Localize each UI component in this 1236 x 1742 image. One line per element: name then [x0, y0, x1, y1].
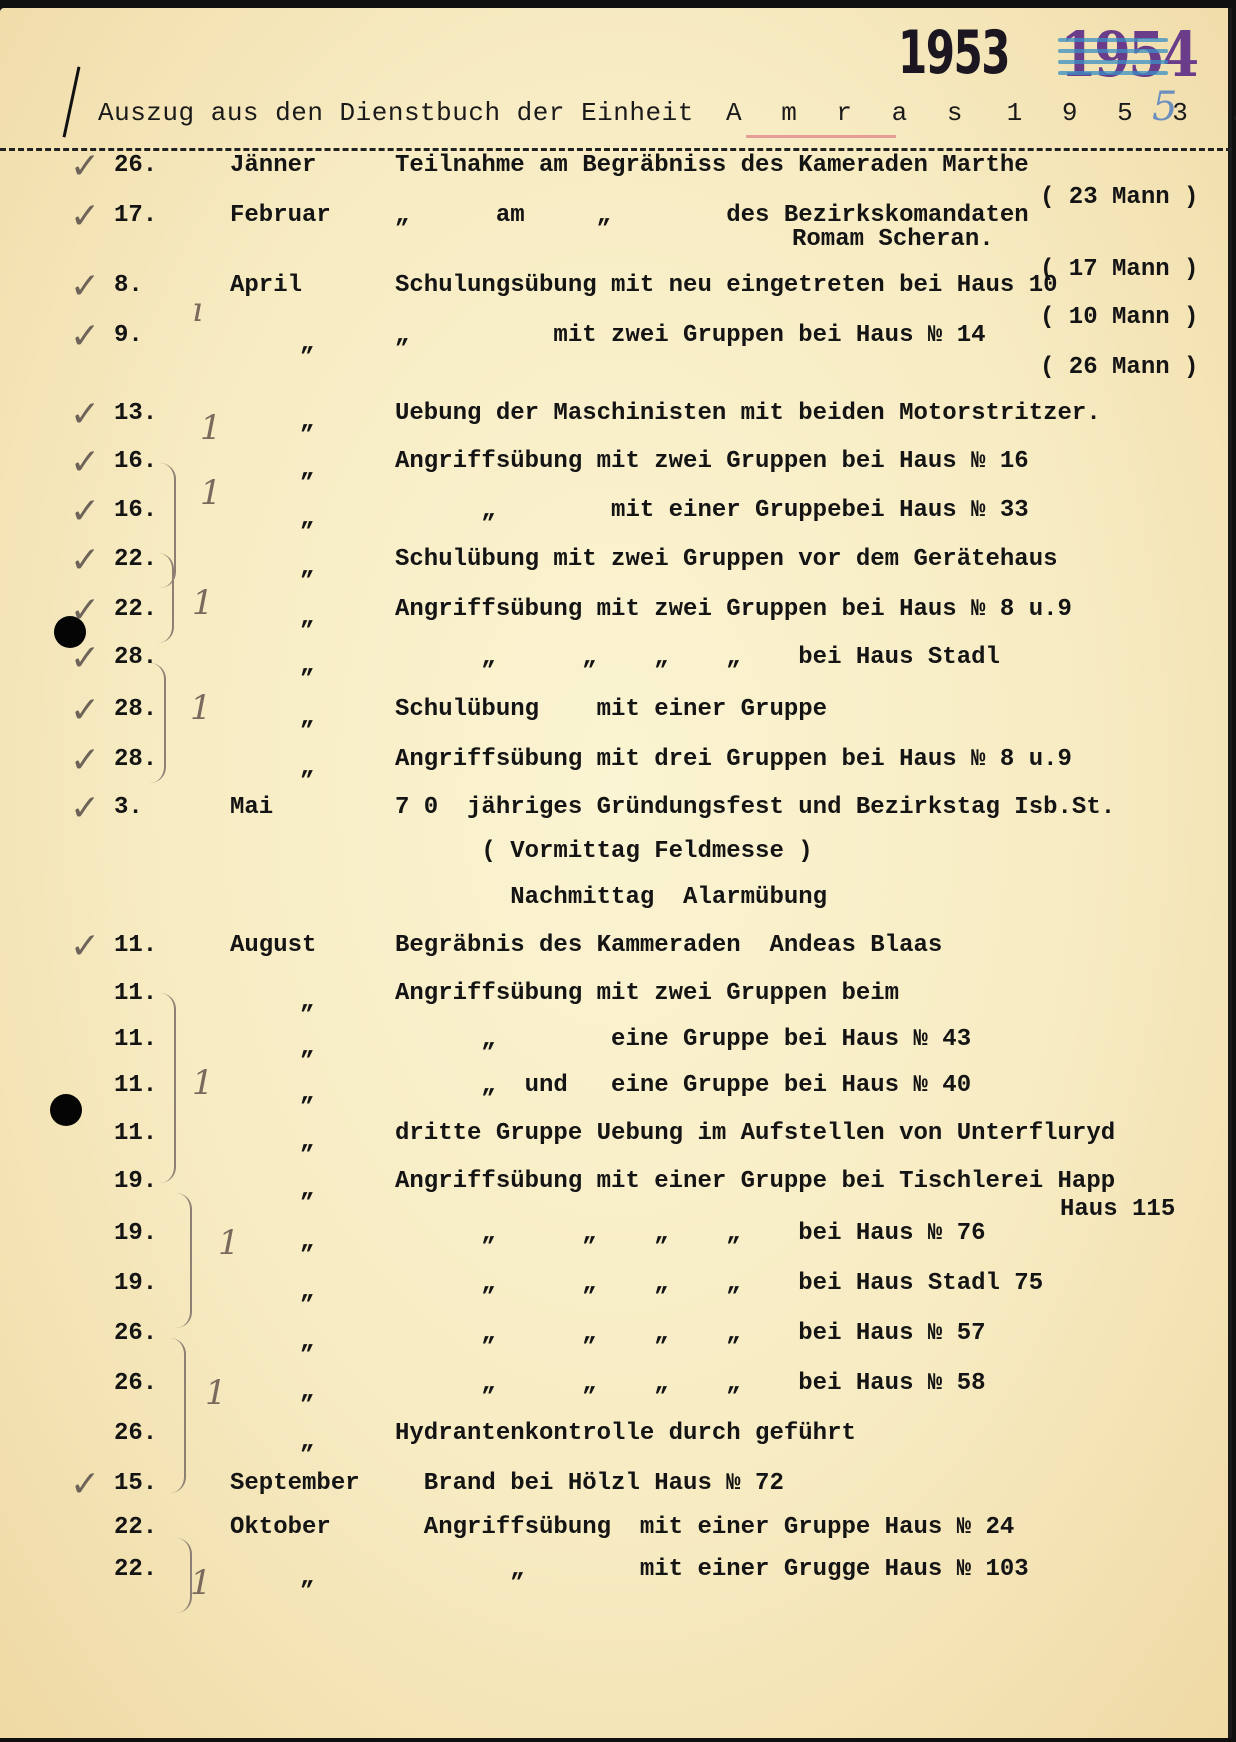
entry-description: „ „ „ „ bei Haus № 58: [395, 1370, 986, 1397]
log-entry: ✓8.AprilSchulungsübung mit neu eingetret…: [0, 272, 1232, 312]
entry-description: „ eine Gruppe bei Haus № 43: [395, 1026, 971, 1053]
log-entry: ✓28.„Angriffsübung mit drei Gruppen bei …: [0, 746, 1232, 786]
red-pencil-underline: [746, 135, 896, 138]
log-entry: ✓11.AugustBegräbnis des Kammeraden Andea…: [0, 932, 1232, 972]
entry-month: „: [300, 1228, 314, 1255]
entry-note: Haus 115: [1060, 1196, 1175, 1223]
entry-month: „: [300, 505, 314, 532]
log-entry: 19.„Angriffsübung mit einer Gruppe bei T…: [0, 1168, 1232, 1208]
entry-description: „ „ „ „ bei Haus № 57: [395, 1320, 986, 1347]
entry-month: Oktober: [230, 1514, 331, 1541]
log-entry: ✓16.„ „ mit einer Gruppebei Haus № 33: [0, 497, 1232, 537]
entry-month: „: [300, 1428, 314, 1455]
year-stamp: 1953: [898, 18, 1009, 88]
check-mark-icon: ✓: [70, 788, 100, 829]
entry-description: „ „ „ „ bei Haus Stadl: [395, 644, 1000, 671]
entry-day: 15.: [114, 1470, 157, 1497]
entry-description: dritte Gruppe Uebung im Aufstellen von U…: [395, 1120, 1115, 1147]
entry-day: 16.: [114, 497, 157, 524]
entry-description: „ „ „ „ bei Haus Stadl 75: [395, 1270, 1043, 1297]
entry-description: Uebung der Maschinisten mit beiden Motor…: [395, 400, 1101, 427]
entry-month: September: [230, 1470, 360, 1497]
entry-month: „: [300, 1278, 314, 1305]
entry-day: 26.: [114, 1320, 157, 1347]
log-entry: 26.„ „ „ „ „ bei Haus № 58: [0, 1370, 1232, 1410]
entry-day: 28.: [114, 746, 157, 773]
entry-month: „: [300, 456, 314, 483]
entry-month: „: [300, 1128, 314, 1155]
entry-month: „: [300, 1176, 314, 1203]
entry-day: 26.: [114, 1370, 157, 1397]
entry-month: Jänner: [230, 152, 316, 179]
check-mark-icon: ✓: [70, 316, 100, 357]
entry-day: 19.: [114, 1220, 157, 1247]
entry-month: „: [300, 604, 314, 631]
check-mark-icon: ✓: [70, 690, 100, 731]
entry-description: „ am „ des Bezirkskomandaten: [395, 202, 1029, 229]
log-entry: 22.„ „ mit einer Grugge Haus № 103: [0, 1556, 1232, 1596]
slash-mark: [63, 66, 81, 137]
entry-description: Begräbnis des Kammeraden Andeas Blaas: [395, 932, 942, 959]
log-entry: 19.„ „ „ „ „ bei Haus № 76: [0, 1220, 1232, 1260]
strike-through-mark: [1058, 38, 1168, 86]
entry-month: „: [300, 1034, 314, 1061]
entry-day: 22.: [114, 546, 157, 573]
check-mark-icon: ✓: [70, 196, 100, 237]
log-entry: ✓16.„Angriffsübung mit zwei Gruppen bei …: [0, 448, 1232, 488]
entry-month: „: [300, 554, 314, 581]
entry-day: 11.: [114, 1072, 157, 1099]
entry-month: August: [230, 932, 316, 959]
log-entry: ( Vormittag Feldmesse ): [0, 838, 1232, 878]
log-entry: 26.„ „ „ „ „ bei Haus № 57: [0, 1320, 1232, 1360]
entry-day: 16.: [114, 448, 157, 475]
check-mark-icon: ✓: [70, 146, 100, 187]
entry-description: Angriffsübung mit einer Gruppe bei Tisch…: [395, 1168, 1115, 1195]
entry-description: „ mit einer Grugge Haus № 103: [395, 1556, 1029, 1583]
entry-day: 8.: [114, 272, 143, 299]
log-entry: ✓22.„Schulübung mit zwei Gruppen vor dem…: [0, 546, 1232, 586]
entry-description: Schulungsübung mit neu eingetreten bei H…: [395, 272, 1058, 299]
log-entry: Nachmittag Alarmübung: [0, 884, 1232, 924]
entry-description: ( Vormittag Feldmesse ): [395, 838, 813, 865]
log-entry: ✓22.„Angriffsübung mit zwei Gruppen bei …: [0, 596, 1232, 636]
entry-day: 9.: [114, 322, 143, 349]
entry-day: 28.: [114, 644, 157, 671]
header-rule: [0, 148, 1232, 151]
entry-day: 28.: [114, 696, 157, 723]
entry-day: 11.: [114, 932, 157, 959]
entry-description: „ „ „ „ bei Haus № 76: [395, 1220, 986, 1247]
check-mark-icon: ✓: [70, 394, 100, 435]
title-year: 1 9 5 3 .: [1007, 98, 1236, 128]
entry-month: „: [300, 1378, 314, 1405]
entry-day: 22.: [114, 596, 157, 623]
entry-day: 26.: [114, 152, 157, 179]
log-entry: 11.„ „ und eine Gruppe bei Haus № 40: [0, 1072, 1232, 1112]
log-entry: ✓28.„Schulübung mit einer Gruppe: [0, 696, 1232, 736]
document-page: 1953 1954 5 Auszug aus den Dienstbuch de…: [0, 8, 1232, 1738]
log-entry: ✓17.Februar„ am „ des BezirkskomandatenR…: [0, 202, 1232, 242]
entry-day: 22.: [114, 1556, 157, 1583]
entry-description: Angriffsübung mit zwei Gruppen beim: [395, 980, 899, 1007]
entry-day: 19.: [114, 1168, 157, 1195]
check-mark-icon: ✓: [70, 1464, 100, 1505]
log-entry: ✓13.„Uebung der Maschinisten mit beiden …: [0, 400, 1232, 440]
check-mark-icon: ✓: [70, 638, 100, 679]
entry-month: „: [300, 1564, 314, 1591]
entry-month: April: [230, 272, 302, 299]
entry-description: Angriffsübung mit einer Gruppe Haus № 24: [395, 1514, 1014, 1541]
entry-month: „: [300, 330, 314, 357]
check-mark-icon: ✓: [70, 266, 100, 307]
entry-month: „: [300, 408, 314, 435]
log-entry: 22.Oktober Angriffsübung mit einer Grupp…: [0, 1514, 1232, 1554]
entry-day: 3.: [114, 794, 143, 821]
log-entry: 11.„dritte Gruppe Uebung im Aufstellen v…: [0, 1120, 1232, 1160]
entry-description: 7 0 jähriges Gründungsfest und Bezirksta…: [395, 794, 1115, 821]
document-title: Auszug aus den Dienstbuch der Einheit A …: [98, 98, 1236, 128]
title-place: A m r a s: [726, 98, 974, 128]
entry-description: Angriffsübung mit zwei Gruppen bei Haus …: [395, 448, 1029, 475]
entry-description: Angriffsübung mit drei Gruppen bei Haus …: [395, 746, 1072, 773]
check-mark-icon: ✓: [70, 442, 100, 483]
entry-month: „: [300, 754, 314, 781]
log-entry: ✓9.„„ mit zwei Gruppen bei Haus № 14( 26…: [0, 322, 1232, 362]
entry-description: Schulübung mit einer Gruppe: [395, 696, 827, 723]
entry-day: 11.: [114, 980, 157, 1007]
entry-description-continued: Romam Scheran.: [792, 226, 994, 253]
entry-day: 22.: [114, 1514, 157, 1541]
entry-month: „: [300, 1328, 314, 1355]
entry-description: Schulübung mit zwei Gruppen vor dem Gerä…: [395, 546, 1058, 573]
log-entry: 11.„ „ eine Gruppe bei Haus № 43: [0, 1026, 1232, 1066]
check-mark-icon: ✓: [70, 590, 100, 631]
entry-note: ( 26 Mann ): [1040, 354, 1198, 381]
entry-day: 11.: [114, 1120, 157, 1147]
log-entry: ✓15.September Brand bei Hölzl Haus № 72: [0, 1470, 1232, 1510]
entry-description: „ mit zwei Gruppen bei Haus № 14: [395, 322, 986, 349]
entry-description: Brand bei Hölzl Haus № 72: [395, 1470, 784, 1497]
entry-month: „: [300, 1080, 314, 1107]
entry-day: 19.: [114, 1270, 157, 1297]
check-mark-icon: ✓: [70, 540, 100, 581]
entry-description: Teilnahme am Begräbniss des Kameraden Ma…: [395, 152, 1029, 179]
entry-description: Angriffsübung mit zwei Gruppen bei Haus …: [395, 596, 1072, 623]
entry-description: Nachmittag Alarmübung: [395, 884, 827, 911]
log-entry: ✓26.JännerTeilnahme am Begräbniss des Ka…: [0, 152, 1232, 192]
entry-month: „: [300, 704, 314, 731]
entry-description: „ mit einer Gruppebei Haus № 33: [395, 497, 1029, 524]
entry-description: Hydrantenkontrolle durch geführt: [395, 1420, 856, 1447]
entry-month: Mai: [230, 794, 273, 821]
title-prefix: Auszug aus den Dienstbuch der Einheit: [98, 98, 694, 128]
check-mark-icon: ✓: [70, 491, 100, 532]
check-mark-icon: ✓: [70, 740, 100, 781]
log-entry: ✓3.Mai7 0 jähriges Gründungsfest und Bez…: [0, 794, 1232, 834]
entry-day: 13.: [114, 400, 157, 427]
log-entry: 11.„Angriffsübung mit zwei Gruppen beim: [0, 980, 1232, 1020]
entry-month: „: [300, 988, 314, 1015]
entry-day: 17.: [114, 202, 157, 229]
entry-day: 11.: [114, 1026, 157, 1053]
log-entry: 26.„Hydrantenkontrolle durch geführt: [0, 1420, 1232, 1460]
log-entry: 19.„ „ „ „ „ bei Haus Stadl 75: [0, 1270, 1232, 1310]
check-mark-icon: ✓: [70, 926, 100, 967]
entry-month: „: [300, 652, 314, 679]
entry-month: Februar: [230, 202, 331, 229]
entry-description: „ und eine Gruppe bei Haus № 40: [395, 1072, 971, 1099]
log-entry: ✓28.„ „ „ „ „ bei Haus Stadl: [0, 644, 1232, 684]
entry-day: 26.: [114, 1420, 157, 1447]
